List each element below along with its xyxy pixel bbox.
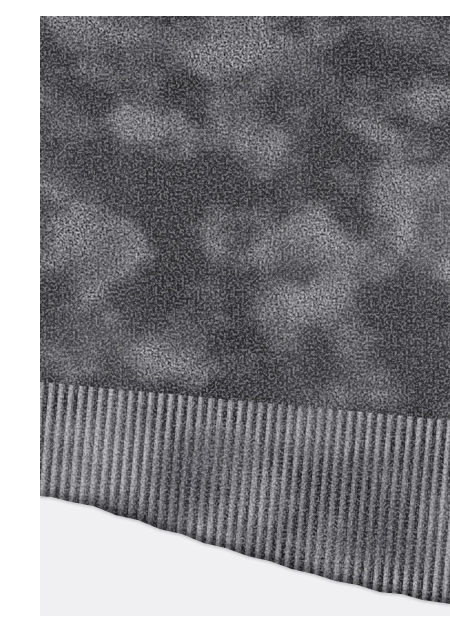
product-photo-figure bbox=[40, 16, 450, 616]
sweater-fabric-image bbox=[40, 16, 450, 616]
